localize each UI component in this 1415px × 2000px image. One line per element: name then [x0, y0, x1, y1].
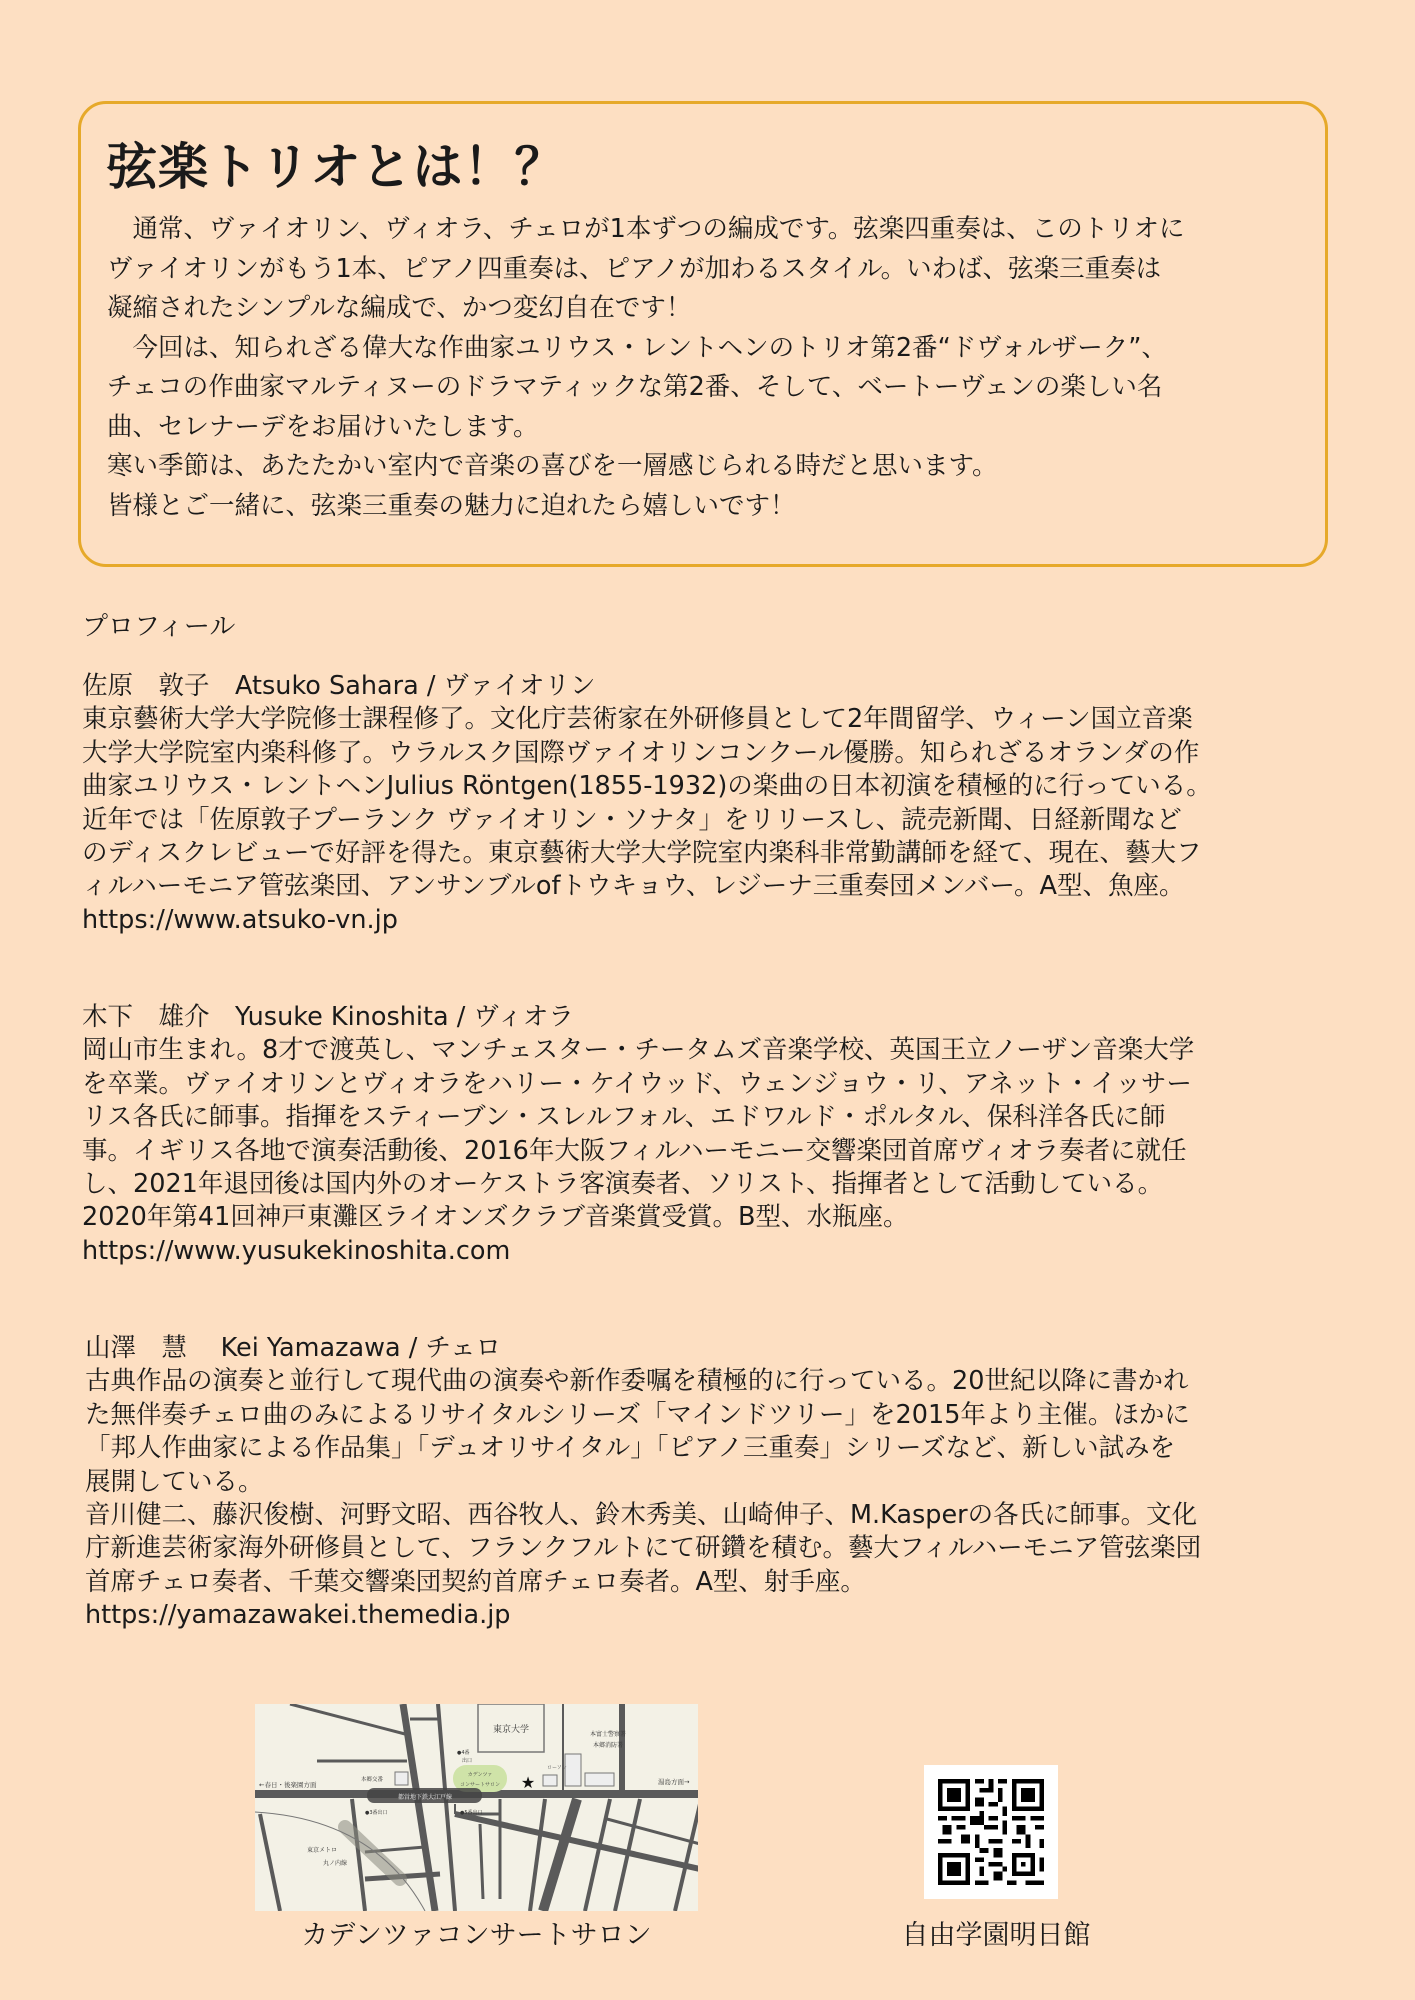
profile-line: 古典作品の演奏と並行して現代曲の演奏や新作委嘱を積極的に行っている。20世紀以降…	[85, 1365, 1345, 1398]
profile-url[interactable]: https://www.atsuko-vn.jp	[82, 904, 1342, 937]
profile-line: 大学大学院室内楽科修了。ウラルスク国際ヴァイオリンコンクール優勝。知られざるオラ…	[82, 737, 1342, 770]
profile-line: を卒業。ヴァイオリンとヴィオラをハリー・ケイウッド、ウェンジョウ・リ、アネット・…	[82, 1068, 1342, 1101]
intro-line: 今回は、知られざる偉大な作曲家ユリウス・レントヘンのトリオ第2番“ドヴォルザーク…	[107, 329, 1303, 369]
profile-line: 展開している。	[85, 1466, 1345, 1499]
profile-heading: プロフィール	[82, 610, 235, 644]
profile-line: た無伴奏チェロ曲のみによるリサイタルシリーズ「マインドツリー」を2015年より主…	[85, 1399, 1345, 1432]
svg-text:●4番: ●4番	[457, 1749, 470, 1756]
profile-line: 曲家ユリウス・レントヘンJulius Röntgen(1855-1932)の楽曲…	[82, 770, 1342, 803]
svg-text:●5番出口: ●5番出口	[460, 1809, 483, 1816]
profile-atsuko-sahara: 佐原 敦子 Atsuko Sahara / ヴァイオリン 東京藝術大学大学院修士…	[82, 670, 1342, 937]
profile-header: 山澤 慧 Kei Yamazawa / チェロ	[85, 1332, 1345, 1365]
profile-line: 「邦人作曲家による作品集」「デュオリサイタル」「ピアノ三重奏」シリーズなど、新し…	[85, 1432, 1345, 1465]
svg-text:←春日・後楽園方面: ←春日・後楽園方面	[259, 1780, 317, 1789]
profile-line: のディスクレビューで好評を得た。東京藝術大学大学院室内楽科非常勤講師を経て、現在…	[82, 837, 1342, 870]
svg-text:東京メトロ: 東京メトロ	[307, 1846, 337, 1854]
intro-line: ヴァイオリンがもう1本、ピアノ四重奏は、ピアノが加わるスタイル。いわば、弦楽三重…	[107, 250, 1303, 290]
intro-line: 曲、セレナーデをお届けいたします。	[107, 408, 1303, 448]
svg-text:本郷交番: 本郷交番	[361, 1775, 384, 1783]
intro-line: 皆様とご一緒に、弦楽三重奏の魅力に迫れたら嬉しいです！	[107, 487, 1303, 527]
venue-map: 東京大学 本富士警察署 本郷消防署 カデンツァ コンサートサロン ★ ローソン …	[255, 1704, 698, 1911]
profile-line: 東京藝術大学大学院修士課程修了。文化庁芸術家在外研修員として2年間留学、ウィーン…	[82, 703, 1342, 736]
svg-text:本郷消防署: 本郷消防署	[593, 1741, 623, 1749]
intro-line: 凝縮されたシンプルな編成で、かつ変幻自在です！	[107, 289, 1303, 329]
intro-line: 通常、ヴァイオリン、ヴィオラ、チェロが1本ずつの編成です。弦楽四重奏は、このトリ…	[107, 210, 1303, 250]
intro-title: 弦楽トリオとは！？	[107, 134, 1303, 200]
profile-line: 近年では「佐原敦子プーランク ヴァイオリン・ソナタ」をリリースし、読売新聞、日経…	[82, 804, 1342, 837]
svg-text:湯島方面→: 湯島方面→	[658, 1777, 690, 1786]
profile-url[interactable]: https://yamazawakei.themedia.jp	[85, 1599, 1345, 1632]
svg-text:出口: 出口	[462, 1757, 472, 1764]
profile-yusuke-kinoshita: 木下 雄介 Yusuke Kinoshita / ヴィオラ 岡山市生まれ。8才で…	[82, 1001, 1342, 1268]
svg-text:★: ★	[521, 1773, 535, 1792]
svg-text:ローソン: ローソン	[547, 1765, 567, 1771]
profile-line: 庁新進芸術家海外研修員として、フランクフルトにて研鑽を積む。藝大フィルハーモニア…	[85, 1532, 1345, 1565]
intro-line: 寒い季節は、あたたかい室内で音楽の喜びを一層感じられる時だと思います。	[107, 447, 1303, 487]
profile-line: リス各氏に師事。指揮をスティーブン・スレルフォル、エドワルド・ポルタル、保科洋各…	[82, 1101, 1342, 1134]
profile-kei-yamazawa: 山澤 慧 Kei Yamazawa / チェロ 古典作品の演奏と並行して現代曲の…	[85, 1332, 1345, 1633]
profile-line: 岡山市生まれ。8才で渡英し、マンチェスター・チータムズ音楽学校、英国王立ノーザン…	[82, 1034, 1342, 1067]
svg-text:都営地下鉄大江戸線: 都営地下鉄大江戸線	[398, 1793, 452, 1801]
profile-line: 首席チェロ奏者、千葉交響楽団契約首席チェロ奏者。A型、射手座。	[85, 1566, 1345, 1599]
intro-line: チェコの作曲家マルティヌーのドラマティックな第2番、そして、ベートーヴェンの楽し…	[107, 368, 1303, 408]
qr-code[interactable]	[924, 1765, 1058, 1899]
svg-text:丸ノ内線: 丸ノ内線	[323, 1859, 347, 1867]
profile-line: し、2021年退団後は国内外のオーケストラ客演奏者、ソリスト、指揮者として活動し…	[82, 1168, 1342, 1201]
profile-line: 2020年第41回神戸東灘区ライオンズクラブ音楽賞受賞。B型、水瓶座。	[82, 1201, 1342, 1234]
svg-text:●3番出口: ●3番出口	[365, 1809, 388, 1816]
profile-line: 事。イギリス各地で演奏活動後、2016年大阪フィルハーモニー交響楽団首席ヴィオラ…	[82, 1135, 1342, 1168]
svg-text:本富士警察署: 本富士警察署	[590, 1730, 626, 1738]
map-caption: カデンツァコンサートサロン	[255, 1918, 698, 1954]
svg-text:コンサートサロン: コンサートサロン	[460, 1782, 500, 1788]
svg-text:カデンツァ: カデンツァ	[468, 1771, 493, 1778]
profile-url[interactable]: https://www.yusukekinoshita.com	[82, 1235, 1342, 1268]
profile-line: 音川健二、藤沢俊樹、河野文昭、西谷牧人、鈴木秀美、山崎伸子、M.Kasperの各…	[85, 1499, 1345, 1532]
profile-header: 木下 雄介 Yusuke Kinoshita / ヴィオラ	[82, 1001, 1342, 1034]
qr-caption: 自由学園明日館	[846, 1918, 1146, 1954]
map-label-university: 東京大学	[493, 1723, 529, 1735]
intro-body: 通常、ヴァイオリン、ヴィオラ、チェロが1本ずつの編成です。弦楽四重奏は、このトリ…	[107, 210, 1303, 526]
profile-header: 佐原 敦子 Atsuko Sahara / ヴァイオリン	[82, 670, 1342, 703]
profile-line: ィルハーモニア管弦楽団、アンサンブルofトウキョウ、レジーナ三重奏団メンバー。A…	[82, 870, 1342, 903]
intro-box: 弦楽トリオとは！？ 通常、ヴァイオリン、ヴィオラ、チェロが1本ずつの編成です。弦…	[78, 101, 1328, 567]
